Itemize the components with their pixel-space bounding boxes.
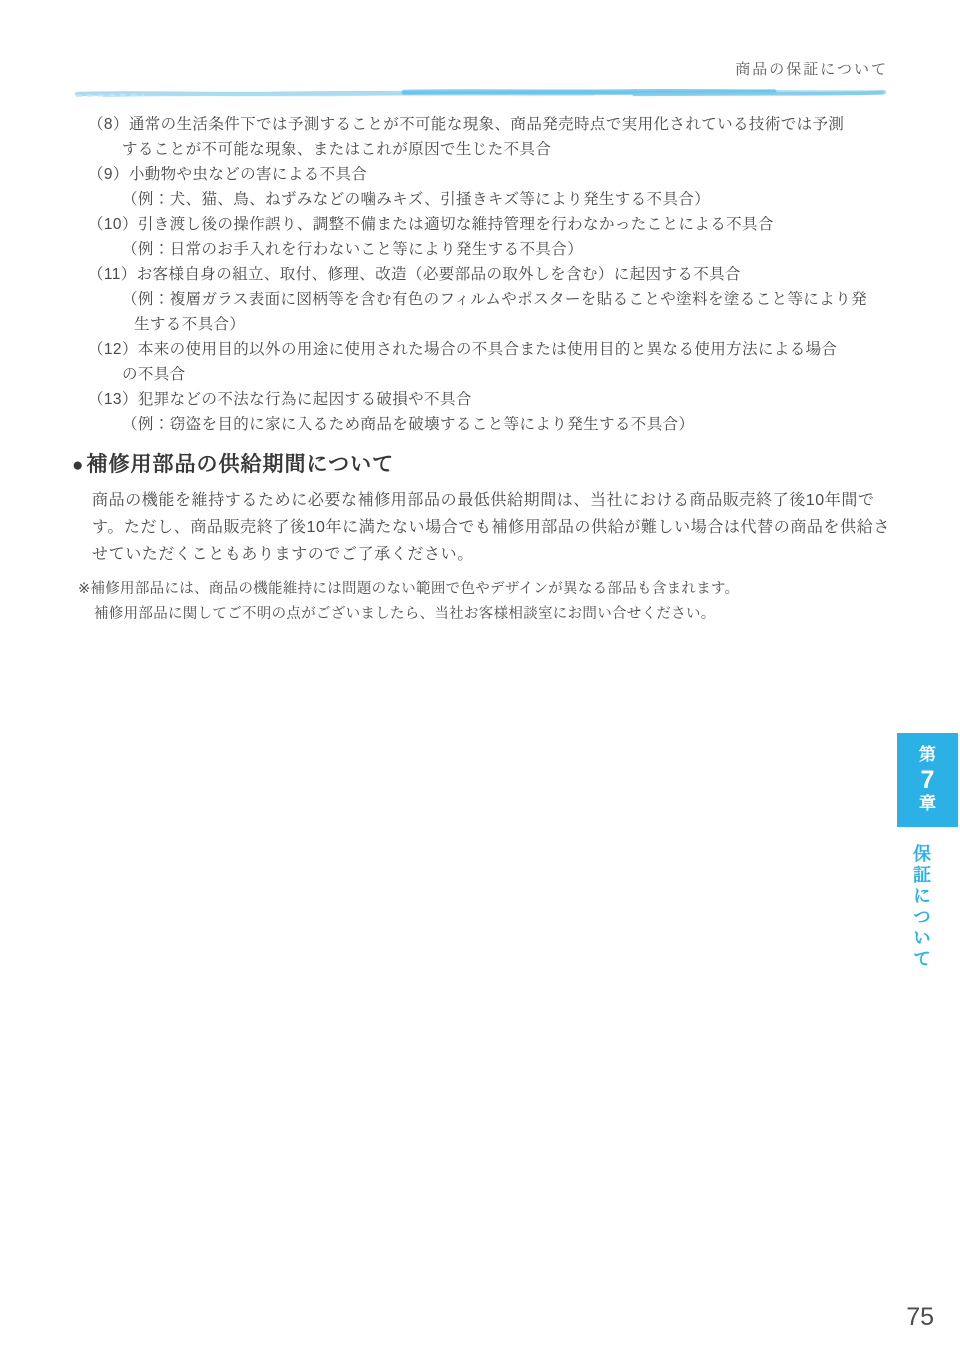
list-line: することが不可能な現象、またはこれが原因で生じた不具合 [88,137,902,162]
footnote-line: 補修用部品に関してご不明の点がございましたら、当社お客様相談室にお問い合せくださ… [78,602,880,627]
list-line: （11）お客様自身の組立、取付、修理、改造（必要部品の取外しを含む）に起因する不… [88,262,902,287]
list-line: （例：日常のお手入れを行わないこと等により発生する不具合） [88,237,902,262]
chapter-tab-number: 7 [921,767,935,793]
list-line: （13）犯罪などの不法な行為に起因する破損や不具合 [88,387,902,412]
list-line: （10）引き渡し後の操作誤り、調整不備または適切な維持管理を行わなかったことによ… [88,212,902,237]
page-number: 75 [906,1303,934,1332]
footnote: ※補修用部品には、商品の機能維持には問題のない範囲で色やデザインが異なる部品も含… [78,577,880,627]
list-line: の不具合 [88,362,902,387]
list-line: （例：複層ガラス表面に図柄等を含む有色のフィルムやポスターを貼ることや塗料を塗る… [88,287,902,312]
footnote-line: ※補修用部品には、商品の機能維持には問題のない範囲で色やデザインが異なる部品も含… [78,577,880,602]
list-line: （9）小動物や虫などの害による不具合 [88,162,902,187]
chapter-tab-prefix: 第 [919,745,936,765]
list-line: （8）通常の生活条件下では予測することが不可能な現象、商品発売時点で実用化されて… [88,112,902,137]
section-heading: ●補修用部品の供給期間について [72,448,394,478]
brush-divider [74,86,889,100]
running-header: 商品の保証について [735,58,888,79]
chapter-label: 保証について [908,844,934,994]
list-line: 生する不具合） [88,312,902,337]
list-line: （例：犬、猫、鳥、ねずみなどの噛みキズ、引掻きキズ等により発生する不具合） [88,187,902,212]
section-title: 補修用部品の供給期間について [86,453,394,476]
running-header-title: 商品の保証について [735,61,888,78]
supply-period-paragraph: 商品の機能を維持するために必要な補修用部品の最低供給期間は、当社における商品販売… [92,487,892,568]
chapter-tab: 第 7 章 [897,733,958,827]
bullet-icon: ● [72,455,84,476]
list-line: （12）本来の使用目的以外の用途に使用された場合の不具合または使用目的と異なる使… [88,337,902,362]
warranty-exclusion-list: （8）通常の生活条件下では予測することが不可能な現象、商品発売時点で実用化されて… [88,112,902,437]
list-line: （例：窃盗を目的に家に入るため商品を破壊すること等により発生する不具合） [88,412,902,437]
chapter-tab-suffix: 章 [919,794,936,814]
